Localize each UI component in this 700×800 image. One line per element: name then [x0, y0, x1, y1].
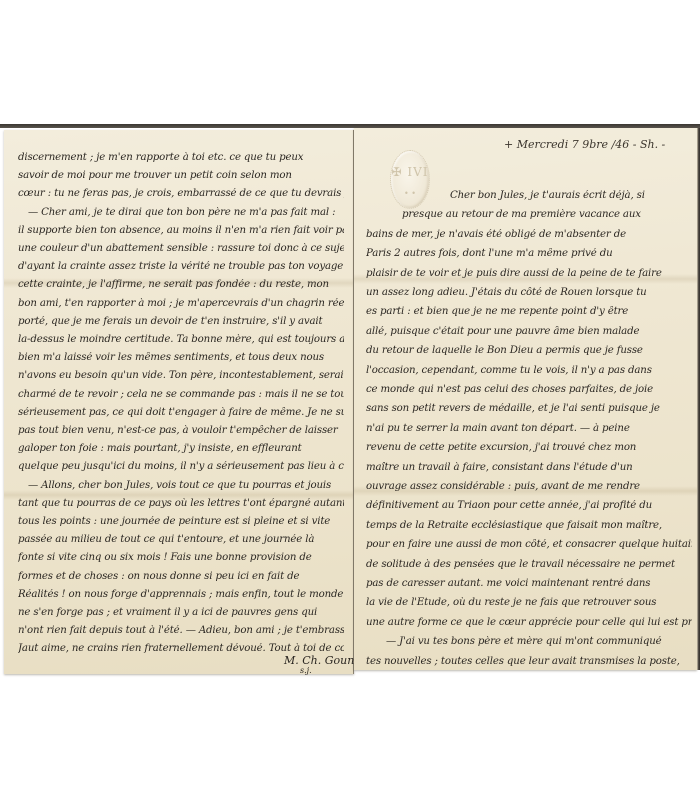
- handwritten-line: l'occasion, cependant, comme tu le vois,…: [366, 365, 692, 376]
- handwritten-line: savoir de moi pour me trouver un petit c…: [18, 170, 344, 181]
- handwritten-line: un assez long adieu. J'étais du côté de …: [366, 287, 692, 298]
- handwritten-line: — Cher ami, je te dirai que ton bon père…: [28, 207, 344, 218]
- handwritten-line: discernement ; je m'en rapporte à toi et…: [18, 152, 344, 163]
- letter-page-left: discernement ; je m'en rapporte à toi et…: [4, 130, 354, 674]
- handwritten-line: ce monde qui n'est pas celui des choses …: [366, 384, 692, 395]
- handwritten-line: — Allons, cher bon Jules, vois tout ce q…: [28, 480, 344, 491]
- handwritten-line: presque au retour de ma première vacance…: [402, 209, 692, 220]
- handwritten-line: es parti : et bien que je ne me repente …: [366, 306, 692, 317]
- handwritten-line: bien m'a laissé voir les mêmes sentiment…: [18, 352, 344, 363]
- handwritten-line: galoper ton foie : mais pourtant, j'y in…: [18, 443, 344, 454]
- handwritten-line: sans son petit revers de médaille, et je…: [366, 403, 692, 414]
- handwritten-line: tes nouvelles ; toutes celles que leur a…: [366, 656, 692, 667]
- letter-date-header: + Mercredi 7 9bre /46 - Sh. -: [504, 138, 665, 151]
- handwritten-line: d'ayant la crainte assez triste la vérit…: [18, 261, 344, 272]
- seal-cross-mark: ✠ IVI: [391, 165, 429, 179]
- handwritten-line: charmé de te revoir ; cela ne se command…: [18, 389, 344, 400]
- handwritten-line: allé, puisque c'était pour une pauvre âm…: [366, 326, 692, 337]
- handwritten-line: plaisir de te voir et je puis dire aussi…: [366, 268, 692, 279]
- handwritten-line: une couleur d'un abattement sensible : r…: [18, 243, 344, 254]
- handwritten-line: maître un travail à faire, consistant da…: [366, 462, 692, 473]
- handwritten-line: tous les points : une journée de peintur…: [18, 516, 344, 527]
- handwritten-line: n'ai pu te serrer la main avant ton dépa…: [366, 423, 692, 434]
- embossed-seal-icon: ✠ IVI • •: [390, 150, 430, 209]
- seal-dots: • •: [391, 189, 429, 198]
- handwritten-line: Jaut aime, ne crains rien fraternellemen…: [18, 643, 344, 654]
- handwritten-line: n'ont rien fait depuis tout à l'été. — A…: [18, 625, 344, 636]
- handwritten-line: bains de mer, je n'avais été obligé de m…: [366, 229, 692, 240]
- handwritten-line: de solitude à des pensées que le travail…: [366, 559, 692, 570]
- signature-initials: s.j.: [300, 666, 312, 675]
- letter-page-right: + Mercredi 7 9bre /46 - Sh. - ✠ IVI • • …: [354, 128, 697, 670]
- handwritten-line: définitivement au Triaon pour cette anné…: [366, 500, 692, 511]
- handwritten-line: n'avons eu besoin qu'un vide. Ton père, …: [18, 370, 344, 381]
- handwritten-line: la vie de l'Étude, où du reste je ne fai…: [366, 597, 692, 608]
- handwritten-line: temps de la Retraite ecclésiastique que …: [366, 520, 692, 531]
- handwritten-line: pas de caresser autant. me voici mainten…: [366, 578, 692, 589]
- handwritten-line: pas tout bien venu, n'est-ce pas, à voul…: [18, 425, 344, 436]
- handwritten-line: bon ami, t'en rapporter à moi ; je m'ape…: [18, 298, 344, 309]
- handwritten-line: ouvrage assez considérable : puis, avant…: [366, 481, 692, 492]
- handwritten-line: du retour de laquelle le Bon Dieu a perm…: [366, 345, 692, 356]
- handwritten-line: quelque peu jusqu'ici du moins, il n'y a…: [18, 461, 344, 472]
- handwritten-line: cette crainte, je l'affirme, ne serait p…: [18, 279, 344, 290]
- handwritten-line: une autre forme ce que le cœur apprécie …: [366, 617, 692, 628]
- handwritten-line: Cher bon Jules, je t'aurais écrit déjà, …: [450, 190, 692, 201]
- handwritten-line: cœur : tu ne feras pas, je crois, embarr…: [18, 188, 344, 199]
- handwritten-line: — J'ai vu tes bons père et mère qui m'on…: [386, 636, 692, 647]
- handwritten-line: il supporte bien ton absence, au moins i…: [18, 225, 344, 236]
- handwritten-line: formes et de choses : on nous donne si p…: [18, 571, 344, 582]
- handwritten-line: Réalités ! on nous forge d'apprennais ; …: [18, 589, 344, 600]
- handwritten-line: sérieusement pas, ce qui doit t'engager …: [18, 407, 344, 418]
- handwritten-line: la-dessus le moindre certitude. Ta bonne…: [18, 334, 344, 345]
- handwritten-line: pour en faire une aussi de mon côté, et …: [366, 539, 692, 550]
- handwritten-line: ne s'en forge pas ; et vraiment il y a i…: [18, 607, 344, 618]
- handwritten-line: porté, que je me ferais un devoir de t'e…: [18, 316, 344, 327]
- handwritten-line: passée au milieu de tout ce qui t'entour…: [18, 534, 344, 545]
- handwritten-line: tant que tu pourras de ce pays où les le…: [18, 498, 344, 509]
- handwritten-line: fonte si vite cinq ou six mois ! Fais un…: [18, 552, 344, 563]
- handwritten-line: Paris 2 autres fois, dont l'une m'a même…: [366, 248, 692, 259]
- handwritten-line: revenu de cette petite excursion, j'ai t…: [366, 442, 692, 453]
